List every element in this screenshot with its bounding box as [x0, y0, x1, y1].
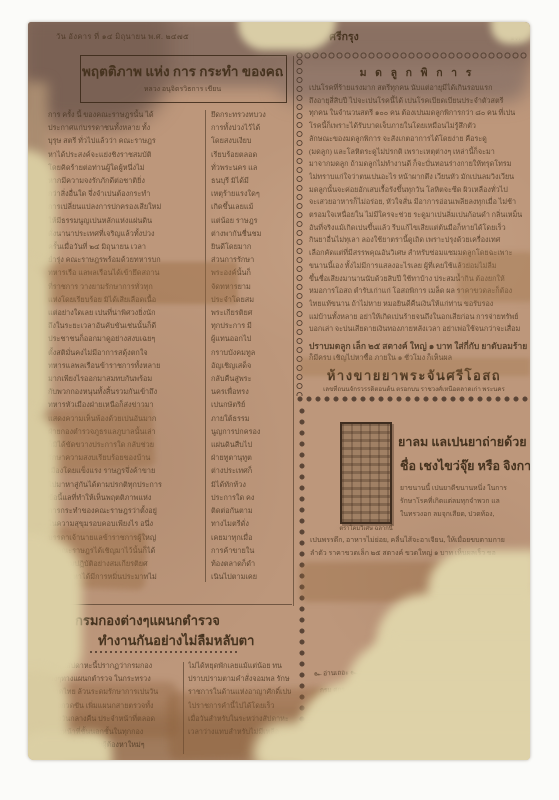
text-line: ภายใต้ธรรม — [211, 412, 291, 425]
text-line: ลำตัว ราคาขวดเล็ก ๒๕ สตางค์ ขวดใหญ่ ๑ บา… — [310, 547, 528, 560]
text-line: ทั่วทั้งหน้าที่ชั้นนอกชั้นในทุกกอง — [45, 726, 179, 739]
text-line: ฝ่ายกองตำรวจภูธรแลภูบาลนั้นเล่า — [48, 425, 201, 438]
police-article-top-rule — [45, 604, 292, 605]
text-line: ประจำโดยสม — [211, 293, 291, 306]
text-line: การเปลี่ยนแปลงการปกครองเสียใหม่ — [48, 200, 201, 213]
text-line: เคยมาทุกเมื่อ — [211, 531, 291, 544]
text-line: ให้มีธรรมนูญเปนหลักแห่งแผ่นดิน — [48, 214, 201, 227]
text-line: ไม่ได้หยุดพักเลยแม้แต่น้อย ทน — [188, 660, 291, 673]
text-line: ยาขนานนี้ เปนยาดีขนานหนึ่ง ในการ — [400, 482, 528, 495]
text-line: ไปราชการคำนี้ไปได้โดยเร็ว — [188, 700, 291, 713]
tape-stain-bottom-3 — [310, 689, 366, 735]
text-line: หมอการโอสถ ตำรับเก่าแก่ โอสถพิการ เมล็ด … — [309, 285, 528, 298]
text-line: รักษาโรคที่เกิดแต่ลมทุกจำพวก แล — [400, 495, 528, 508]
text-line: ดั่งนานาประเทศที่เจริญแล้วทั้งปวง — [48, 227, 201, 240]
text-line: เลือกคัดแต่ที่มีสรรพคุณอันวิเศษ สำหรับซ่… — [309, 247, 528, 260]
torn-fragment-3: เบอเซอริ — [316, 700, 341, 711]
text-line: หากมีความจงรักภักดีต่อชาติยิ่ง — [48, 174, 201, 187]
text-line: บุรุษ สตรี ทั่วไปแล้วว่า คณะราษฎร — [48, 134, 201, 147]
stain-left-edge — [28, 82, 48, 702]
text-line: แต่น้อย ราษฎร — [211, 214, 291, 227]
ad2-left-chain-border — [298, 406, 306, 758]
text-line: หาได้ประสงค์จะแย่งชิงราชสมบัติ — [48, 148, 201, 161]
text-line: ตรอมใจเหนื่อยใน ไม่มีใครจะช่วย ระดูมาเปน… — [309, 209, 528, 222]
main-article-col1: การ ครั้ง นี้ ของคณะราษฎรนั้น ได้ประกาศแ… — [48, 108, 201, 586]
text-line: ถึงในระยะเวลาอันคับขันเช่นนั้นก็ดี — [48, 319, 201, 332]
text-line: ทุกคน ในจำนวนสตรี ๑๐๐ คน ต้องเปนมดลูกพิก… — [309, 107, 528, 120]
text-line: ทั่วพระนคร แล — [211, 161, 291, 174]
police-headline-line2: ทำงานกันอย่างไม่ลืมหลับตา — [98, 630, 298, 651]
section-divider-vertical — [293, 56, 294, 606]
ad1-shop-address: เลขที่ถนนจักรวรรดิตอนต้น ตรอกบน ราชวงศ์เ… — [300, 384, 528, 394]
text-line: การ ครั้ง นี้ ของคณะราษฎรนั้น ได้ — [48, 108, 201, 121]
police-column-divider — [183, 662, 184, 754]
text-line: เวลาว่างแทบสำหรับไม่มีเหลือ — [188, 726, 291, 739]
text-line: โดยสงบเงียบ — [211, 134, 291, 147]
text-line: ไทยแท้ขนาน ถ้าไม่หาย หมอยินดีคืนเงินให้แ… — [309, 298, 528, 311]
text-line: ติดต่อกันตาม — [211, 504, 291, 517]
text-line: เปนกษัตริย์ — [211, 398, 291, 411]
ad1-price-line1: ปราบมดลูก เล็ก ๒๕ สตางค์ ใหญ่ ๑ บาท ใส่ก… — [309, 339, 528, 353]
masthead-page-number: ๑๓ — [510, 31, 521, 44]
medicine-package-image — [340, 422, 392, 524]
text-line: รับความปฏิบัติอย่างสมเกียรติยศ — [48, 557, 201, 570]
text-line: ผู้แทนออกไป — [211, 332, 291, 345]
police-headline-divider — [90, 651, 240, 653]
text-line: ลักษณะของมดลูกพิการ จะสังเกตอาการได้โดยง… — [309, 133, 528, 146]
ad2-headline-line2: ชื่อ เชงไขว่จุ๊ย หรือ จิงกาไว — [400, 456, 530, 476]
text-line: อย่างกวดขัน เพิ่มแผนกสายตรวจทั้ง — [45, 700, 179, 713]
text-line: นูญการปกครอง — [211, 425, 291, 438]
text-line: เมื่อวันสำหรับในระหว่างสัปดาหะ — [188, 713, 291, 726]
text-line: ท้องตลาดก็ดำ — [211, 557, 291, 570]
text-line: นครเพื่อทรง — [211, 385, 291, 398]
text-line: มดลูกนั้นจะค่อยอักเสบเรื้อรังขึ้นทุกวัน … — [309, 184, 528, 197]
text-line: เนินไปตามเคย — [211, 570, 291, 583]
text-line: ขนานนี้เอง ทั้งไม่มีการแสลงอะไรเลย ผู้ที… — [309, 260, 528, 273]
text-line: โดยคิดร้ายต่อท่านผู้ใดผู้หนึ่งไม่ — [48, 161, 201, 174]
ad1-body: เปนโรคที่ร้ายแรงมาก สตรีทุกคน นับแต่อายุ… — [309, 82, 528, 336]
text-line: ต่างประเทศก็ — [211, 464, 291, 477]
newspaper-page: วัน อังคาร ที่ ๑๔ มิถุนายน พ.ศ. ๒๔๗๕ ศรี… — [28, 22, 530, 760]
text-line: เปนพรรดึก, อาหารไม่ย่อย, คลื่นไส้จะอาเจี… — [310, 534, 528, 547]
ad2-package-caption: ตราโคมวิเศษ ฉลากนี้ — [328, 523, 404, 533]
masthead-title: ศรีกรุง — [308, 28, 380, 45]
torn-patch-bottom-right-3 — [346, 640, 530, 760]
text-line: ก็มิได้ขัดขวางประการใด กลับช่วย — [48, 438, 201, 451]
text-line: พระองค์นั้นก็ — [211, 266, 291, 279]
ad1-title: ม ด ลู ก พิ ก า ร — [308, 64, 526, 81]
text-line: ข้อนี้แลที่ทำให้เห็นพฤตติภาพแห่ง — [48, 491, 201, 504]
text-line: ครั้นเมื่อวันที่ ๒๔ มิถุนายน เวลา — [48, 240, 201, 253]
ad1-price-line2: ก็มีครบ เชิญไปหาซื้อ ภายใน ๑ ชั่วโมง ก็เ… — [309, 353, 528, 364]
police-article-col1: ในรอบสัปดาหะนี้ปรากฏว่ากรมกองต่างๆทางแผน… — [45, 660, 179, 755]
text-line: ประชาชนก็ออกมาดูอย่างสงบเฉยๆ — [48, 332, 201, 345]
text-line: ตั้งสติมั่นคงไม่มีอาการสดุ้งตกใจ — [48, 346, 201, 359]
text-line: ต่างๆทางแผนกตำรวจ ในกระทรวง — [45, 673, 179, 686]
text-line: มหาดไทย ล้วนระดมรักษาการเปนวัน — [45, 686, 179, 699]
text-line: กลางวันกลางคืน ประจำหน้าที่ตลอด — [45, 713, 179, 726]
text-line: จะเสวยอาหารก็ไม่อร่อย, หัวใจสั่น มีอาการ… — [309, 196, 528, 209]
text-line: ไม่ทราบแก่ใจว่าตนเปนอะไร หน้าผากตึง เวีย… — [309, 171, 528, 184]
ad1-left-border — [296, 58, 303, 396]
text-line: เปนโรคที่ร้ายแรงมาก สตรีทุกคน นับแต่อายุ… — [309, 82, 528, 95]
text-line: ยินดีโดยมาก — [211, 240, 291, 253]
text-line: ประการใด คง — [211, 491, 291, 504]
text-line: ราชการในด้านแห่งอาญาศักดิ์เปน — [188, 686, 291, 699]
text-line: อัญเชิญเสด็จ — [211, 359, 291, 372]
text-line: ทหารเรือ แลพลเรือนได้เข้ายึดสถาน — [48, 266, 201, 279]
text-line: มากเพียงไรออกมาสมทบกันพร้อม — [48, 372, 201, 385]
main-article-col2: ยึดกระทรวงทบวงการทั้งปวงไว้ได้โดยสงบเงีย… — [211, 108, 291, 586]
text-line: ต่างพากันชื่นชม — [211, 227, 291, 240]
text-line: จัดทหารยาม — [211, 280, 291, 293]
text-line: แสดงความเห็นพ้องด้วยเปนอันมาก — [48, 412, 201, 425]
text-line: ทหารแลพลเรือนข้าราชการทั้งหลาย — [48, 359, 201, 372]
ad2-body-beside-image: ยาขนานนี้ เปนยาดีขนานหนึ่ง ในการรักษาโรค… — [400, 482, 528, 524]
text-line: แม่บ้านทั้งหลาย อย่าให้เกิดเปนร้ายจนถึงใ… — [309, 311, 528, 324]
text-line: ฝ่ายทูตานุทูต — [211, 451, 291, 464]
text-line: เรียบร้อยตลอด — [211, 148, 291, 161]
masthead-date: วัน อังคาร ที่ ๑๔ มิถุนายน พ.ศ. ๒๔๗๕ — [56, 31, 189, 43]
text-line: เหตุร้ายแรงใดๆ — [211, 187, 291, 200]
text-line: การกระทำของคณะราษฎรว่าตั้งอยู่ — [48, 504, 201, 517]
text-line: (มดลูก) และโลหิตระดูไม่ปรกติ เพราะเหตุต่… — [309, 146, 528, 159]
text-line: ส่วนการรักษา — [211, 253, 291, 266]
text-line: ขึ้นชื่อเสียงมานานนับด้วยสิบปี ใช้ทาบ้าง… — [309, 273, 528, 286]
ad2-headline-line1: ยาลม แลเปนยาถ่ายด้วย — [398, 432, 528, 452]
text-line: เกิดขึ้นเลยแม้ — [211, 200, 291, 213]
text-line: บอกเล่า จะบ่นเสียดายเงินทองภายหลังเวลา อ… — [309, 323, 528, 336]
text-line: ประกาศแก่บรรดาชนทั้งหลาย ทั้ง — [48, 121, 201, 134]
text-line: บรรดาเจ้านายแลข้าราชการผู้ใหญ่ — [48, 531, 201, 544]
text-line: ในรอบสัปดาหะนี้ปรากฏว่ากรมกอง — [45, 660, 179, 673]
torn-patch-left-2 — [28, 260, 50, 428]
text-line: พระเกียรติยศ — [211, 306, 291, 319]
main-column-divider — [205, 110, 206, 582]
text-line: รักษาความสงบเรียบร้อยของบ้าน — [48, 451, 201, 464]
text-line: กลับคืนสู่พระ — [211, 372, 291, 385]
text-line: ธนบุรี มิได้มี — [211, 174, 291, 187]
text-line: แห่งโดยเรียบร้อย มิได้เสียเลือดเนื้อ — [48, 293, 201, 306]
police-article-col2: ไม่ได้หยุดพักเลยแม้แต่น้อย ทนปราบปรามตาม… — [188, 660, 291, 755]
text-line: ในทรวงอก ลมจุกเสียด, ปวดท้อง, — [400, 508, 528, 521]
ad1-bottom-chain-border — [296, 395, 528, 403]
text-line: การทั้งปวงไว้ได้ — [211, 121, 291, 134]
text-line: ปราบปรามตามคำสั่งจอมพล รักษ — [188, 673, 291, 686]
text-line: มาจากมดลูก ถ้ามดลูกไม่ทำงานดี ก็จะบั่นทอ… — [309, 158, 528, 171]
text-line: แต่อย่างใดเลย เปนที่น่าพิศวงยิ่งนัก — [48, 306, 201, 319]
text-line: ถึงอายุสี่สิบปี ไปจะเปนโรคนี้ได้ เปนโรคเ… — [309, 95, 528, 108]
text-line: กว่าสิ่งอื่นใด จึ่งจำเปนต้องกระทำ — [48, 187, 201, 200]
torn-fragment-2: กรม ศกร — [320, 685, 345, 696]
ad2-body-full: เปนพรรดึก, อาหารไม่ย่อย, คลื่นไส้จะอาเจี… — [310, 534, 528, 562]
text-line: ยึดกระทรวงทบวง — [211, 108, 291, 121]
text-line: ในความสุขุมรอบคอบเพียงไร อนึ่ง — [48, 517, 201, 530]
text-line: ไปมาหาสู่กันได้ตามปรกติทุกประการ — [48, 478, 201, 491]
police-headline-line1: กรมกองต่างๆแผนกตำรวจ — [75, 610, 295, 631]
torn-fragment-1: ๛ อ่านเถอะ ๛ — [314, 667, 358, 679]
text-line: ทุกท่าน หาได้มีการหมิ่นประมาทไม่ — [48, 570, 201, 583]
text-line: มิได้ทักท้วง — [211, 478, 291, 491]
text-line: การค้าขายใน — [211, 544, 291, 557]
torn-patch-bottom-right-5 — [253, 722, 530, 760]
text-line: ทางไมตรีดั่ง — [211, 517, 291, 530]
text-line: เมืองโดยแข็งแรง ราษฎรจึ่งค้าขาย — [48, 464, 201, 477]
ad1-top-border — [296, 52, 528, 59]
torn-patch-bottom-right-2 — [376, 594, 530, 719]
text-line: ตะรางก็เต็มไปด้วยผู้ต้องหาใหม่ๆ — [45, 739, 179, 752]
text-line: ทุกประการ มี — [211, 319, 291, 332]
text-line: ที่ราชการ วางยามรักษาการทั่วทุก — [48, 280, 201, 293]
text-line: ทหารหัวเมืองฝ่ายเหนือก็ส่งข่าวมา — [48, 398, 201, 411]
tape-stain-ad2 — [300, 562, 450, 602]
text-line: โรคนี้ก็เพราะได้รับบาดเจ็บภายในโดยเหมือน… — [309, 120, 528, 133]
main-headline: พฤตติภาพ แห่ง การ กระทำ ของคณราษฎร — [82, 60, 283, 82]
text-line: กับพวกกองหนุนทั้งสิ้นรวมกันเข้าถึง — [48, 385, 201, 398]
text-line: แผ่นดินสืบไป — [211, 438, 291, 451]
ad1-shop-name: ห้างขายยาพระจันศรีโอสถ — [300, 365, 528, 386]
text-line: ซึ่งคณะราษฎรได้เชิญมาไว้นั้นก็ได้ — [48, 544, 201, 557]
text-line: กินยาอื่นไม่ทุเลา ลองใช้ยาตรานี้ดูเถิด เ… — [309, 234, 528, 247]
torn-patch-bottom-right-1 — [428, 550, 530, 634]
text-line: กราบบังคมทูล — [211, 346, 291, 359]
text-line: อันที่จริงแม้เกิดเปนขึ้นแล้ว รีบแก้ไขเสี… — [309, 222, 528, 235]
main-byline: หลวง อนุจิตรวิธการ เขียน — [82, 84, 283, 95]
text-line: ย่ำรุ่ง คณะราษฎรพร้อมด้วยทหารบก — [48, 253, 201, 266]
